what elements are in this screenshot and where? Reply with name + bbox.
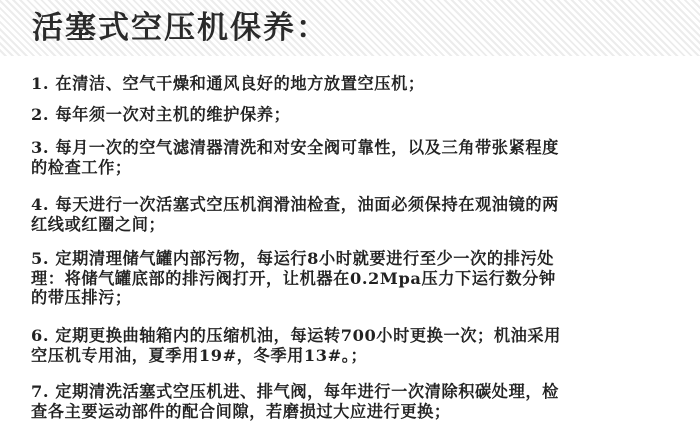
list-item-6: 6. 定期更换曲轴箱内的压缩机油，每运转700小时更换一次；机油采用 空压机专用… — [31, 326, 561, 365]
list-item-line: 空压机专用油，夏季用19#，冬季用13#。； — [31, 346, 561, 366]
title-banner: 活塞式空压机保养： — [0, 0, 700, 56]
list-item-line: 1. 在清洁、空气干燥和通风良好的地方放置空压机； — [31, 74, 425, 94]
list-item-5: 5. 定期清理储气罐内部污物，每运行8小时就要进行至少一次的排污处 理：将储气罐… — [31, 249, 556, 308]
list-item-3: 3. 每月一次的空气滤清器清洗和对安全阀可靠性，以及三角带张紧程度 的检查工作； — [31, 138, 559, 177]
list-item-7: 7. 定期清洗活塞式空压机进、排气阀，每年进行一次清除积碳处理，检 查各主要运动… — [31, 382, 559, 421]
page-title: 活塞式空压机保养： — [32, 9, 329, 47]
list-item-line: 2. 每年须一次对主机的维护保养； — [31, 105, 290, 125]
list-item-line: 的检查工作； — [31, 158, 559, 178]
list-item-1: 1. 在清洁、空气干燥和通风良好的地方放置空压机； — [31, 74, 425, 94]
list-item-line: 理：将储气罐底部的排污阀打开，让机器在0.2Mpa压力下运行数分钟 — [31, 269, 556, 289]
list-item-line: 6. 定期更换曲轴箱内的压缩机油，每运转700小时更换一次；机油采用 — [31, 326, 561, 346]
list-item-line: 的带压排污； — [31, 288, 556, 308]
list-item-line: 3. 每月一次的空气滤清器清洗和对安全阀可靠性，以及三角带张紧程度 — [31, 138, 559, 158]
list-item-line: 7. 定期清洗活塞式空压机进、排气阀，每年进行一次清除积碳处理，检 — [31, 382, 559, 402]
list-item-line: 查各主要运动部件的配合间隙，若磨损过大应进行更换； — [31, 402, 559, 422]
list-item-line: 红线或红圈之间； — [31, 215, 559, 235]
list-item-4: 4. 每天进行一次活塞式空压机润滑油检查，油面必须保持在观油镜的两 红线或红圈之… — [31, 195, 559, 234]
list-item-2: 2. 每年须一次对主机的维护保养； — [31, 105, 290, 125]
list-item-line: 4. 每天进行一次活塞式空压机润滑油检查，油面必须保持在观油镜的两 — [31, 195, 559, 215]
list-item-line: 5. 定期清理储气罐内部污物，每运行8小时就要进行至少一次的排污处 — [31, 249, 556, 269]
